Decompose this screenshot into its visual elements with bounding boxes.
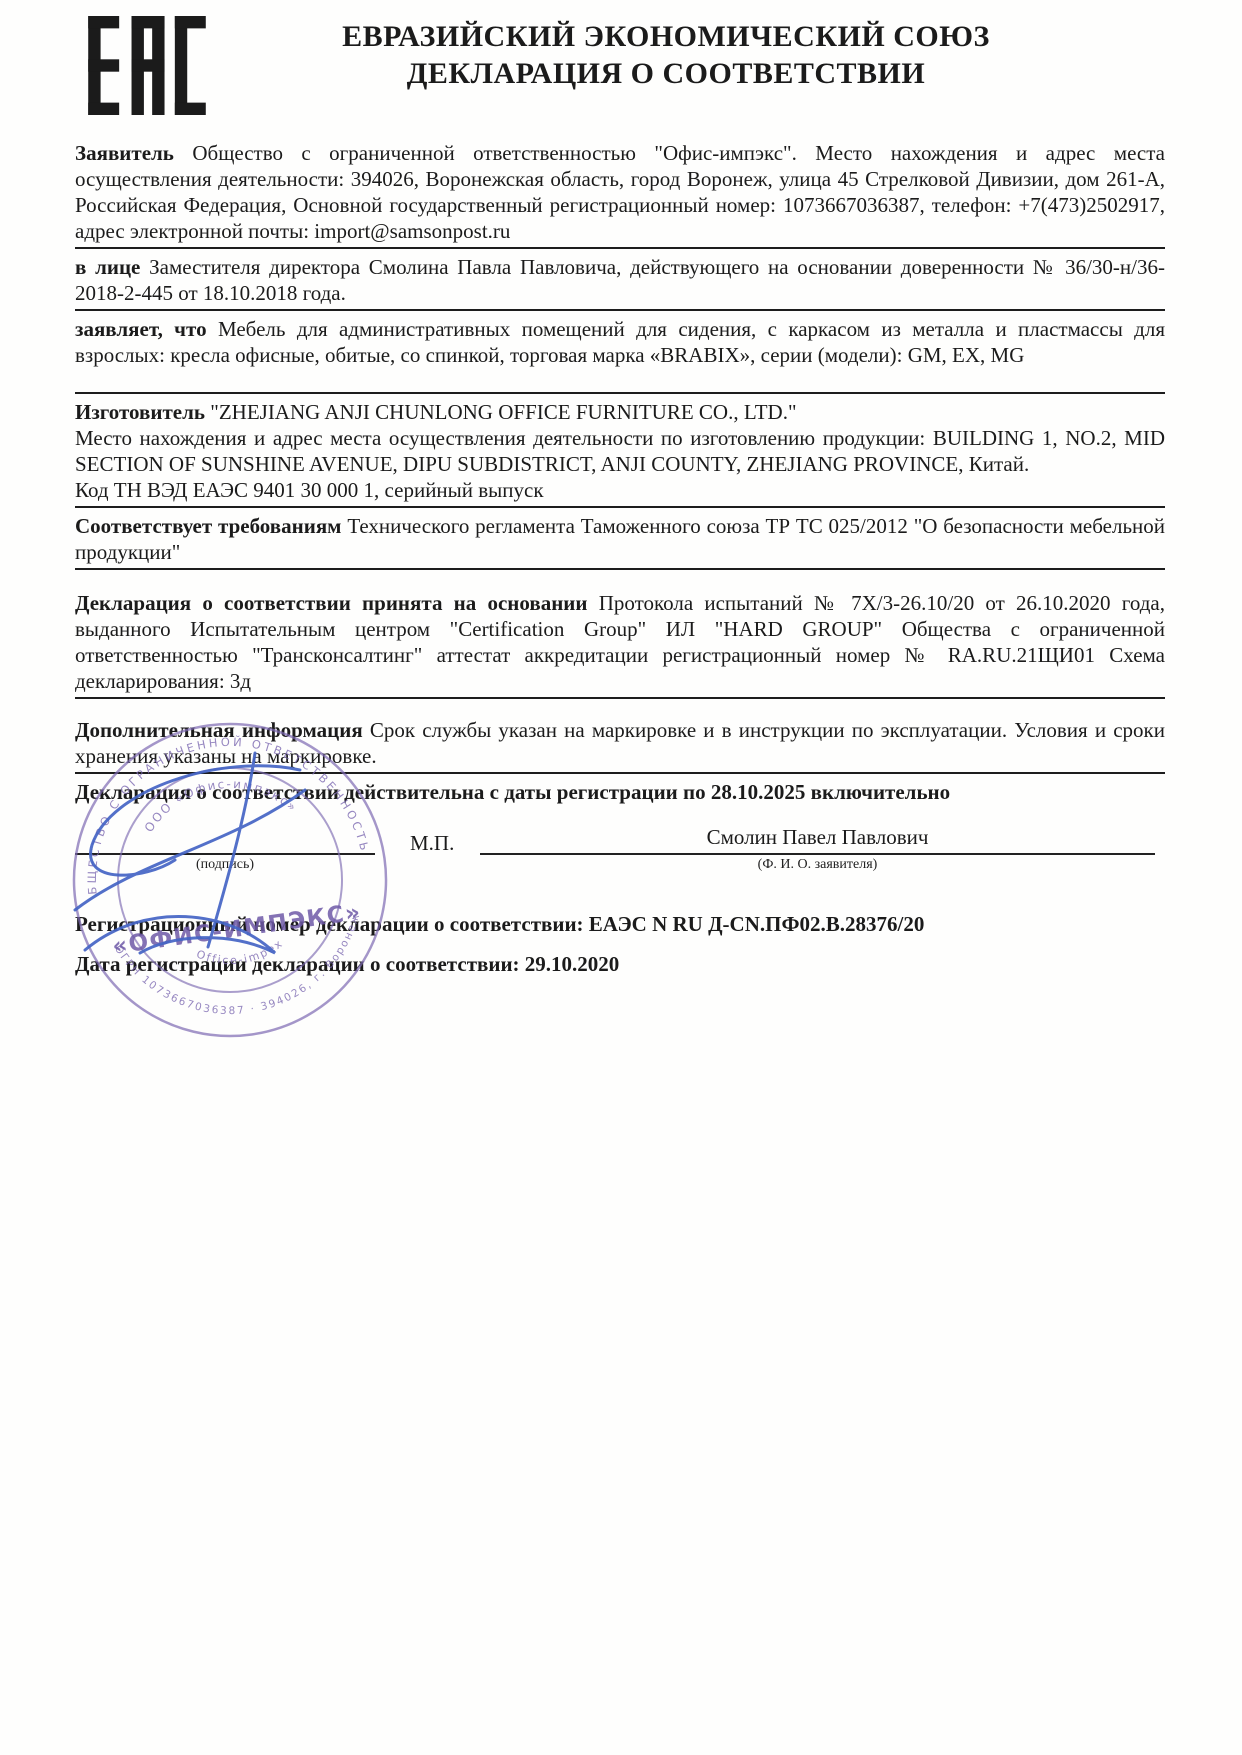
eac-logo-icon <box>88 16 206 115</box>
manufacturer-paragraph: Изготовитель "ZHEJIANG ANJI CHUNLONG OFF… <box>75 399 1165 425</box>
section-rule <box>75 392 1165 394</box>
additional-info-label: Дополнительная информация <box>75 718 363 742</box>
applicant-text: Общество с ограниченной ответственностью… <box>75 141 1165 243</box>
manufacturer-name: "ZHEJIANG ANJI CHUNLONG OFFICE FURNITURE… <box>205 400 797 424</box>
declarant-name: Смолин Павел Павлович <box>480 825 1155 850</box>
compliance-paragraph: Соответствует требованиям Технического р… <box>75 513 1165 565</box>
declarant-name-caption: (Ф. И. О. заявителя) <box>480 855 1155 873</box>
compliance-label: Соответствует требованиям <box>75 514 342 538</box>
section-rule <box>75 772 1165 774</box>
tnved-code-line: Код ТН ВЭД ЕАЭС 9401 30 000 1, серийный … <box>75 477 1165 503</box>
validity-line: Декларация о соответствии действительна … <box>75 779 1165 805</box>
title-line-2: ДЕКЛАРАЦИЯ О СООТВЕТСТВИИ <box>150 55 1182 92</box>
applicant-label: Заявитель <box>75 141 174 165</box>
representative-paragraph: в лице Заместителя директора Смолина Пав… <box>75 254 1165 306</box>
registration-date-line: Дата регистрации декларации о соответств… <box>75 951 1165 977</box>
basis-label: Декларация о соответствии принята на осн… <box>75 591 588 615</box>
section-rule <box>75 697 1165 699</box>
declares-label: заявляет, что <box>75 317 207 341</box>
section-rule <box>75 247 1165 249</box>
signature-line: (подпись) <box>75 853 375 873</box>
declares-paragraph: заявляет, что Мебель для административны… <box>75 316 1165 368</box>
title-line-1: ЕВРАЗИЙСКИЙ ЭКОНОМИЧЕСКИЙ СОЮЗ <box>150 18 1182 55</box>
section-rule <box>75 309 1165 311</box>
signature-block: М.П. (подпись) Смолин Павел Павлович (Ф.… <box>75 823 1165 895</box>
additional-info-paragraph: Дополнительная информация Срок службы ук… <box>75 717 1165 769</box>
declares-text: Мебель для административных помещений дл… <box>75 317 1165 367</box>
manufacturer-label: Изготовитель <box>75 400 205 424</box>
signature-caption: (подпись) <box>75 855 375 873</box>
section-rule <box>75 568 1165 570</box>
basis-paragraph: Декларация о соответствии принята на осн… <box>75 590 1165 694</box>
manufacturer-address: Место нахождения и адрес места осуществл… <box>75 425 1165 477</box>
document-body: Заявитель Общество с ограниченной ответс… <box>0 140 1242 977</box>
declarant-name-line: (Ф. И. О. заявителя) <box>480 853 1155 873</box>
declaration-document-page: ЕВРАЗИЙСКИЙ ЭКОНОМИЧЕСКИЙ СОЮЗ ДЕКЛАРАЦИ… <box>0 0 1242 1755</box>
representative-text: Заместителя директора Смолина Павла Павл… <box>75 255 1165 305</box>
applicant-paragraph: Заявитель Общество с ограниченной ответс… <box>75 140 1165 244</box>
section-rule <box>75 506 1165 508</box>
stamp-place-mark: М.П. <box>410 831 454 856</box>
registration-number-line: Регистрационный номер декларации о соотв… <box>75 911 1165 937</box>
representative-label: в лице <box>75 255 140 279</box>
